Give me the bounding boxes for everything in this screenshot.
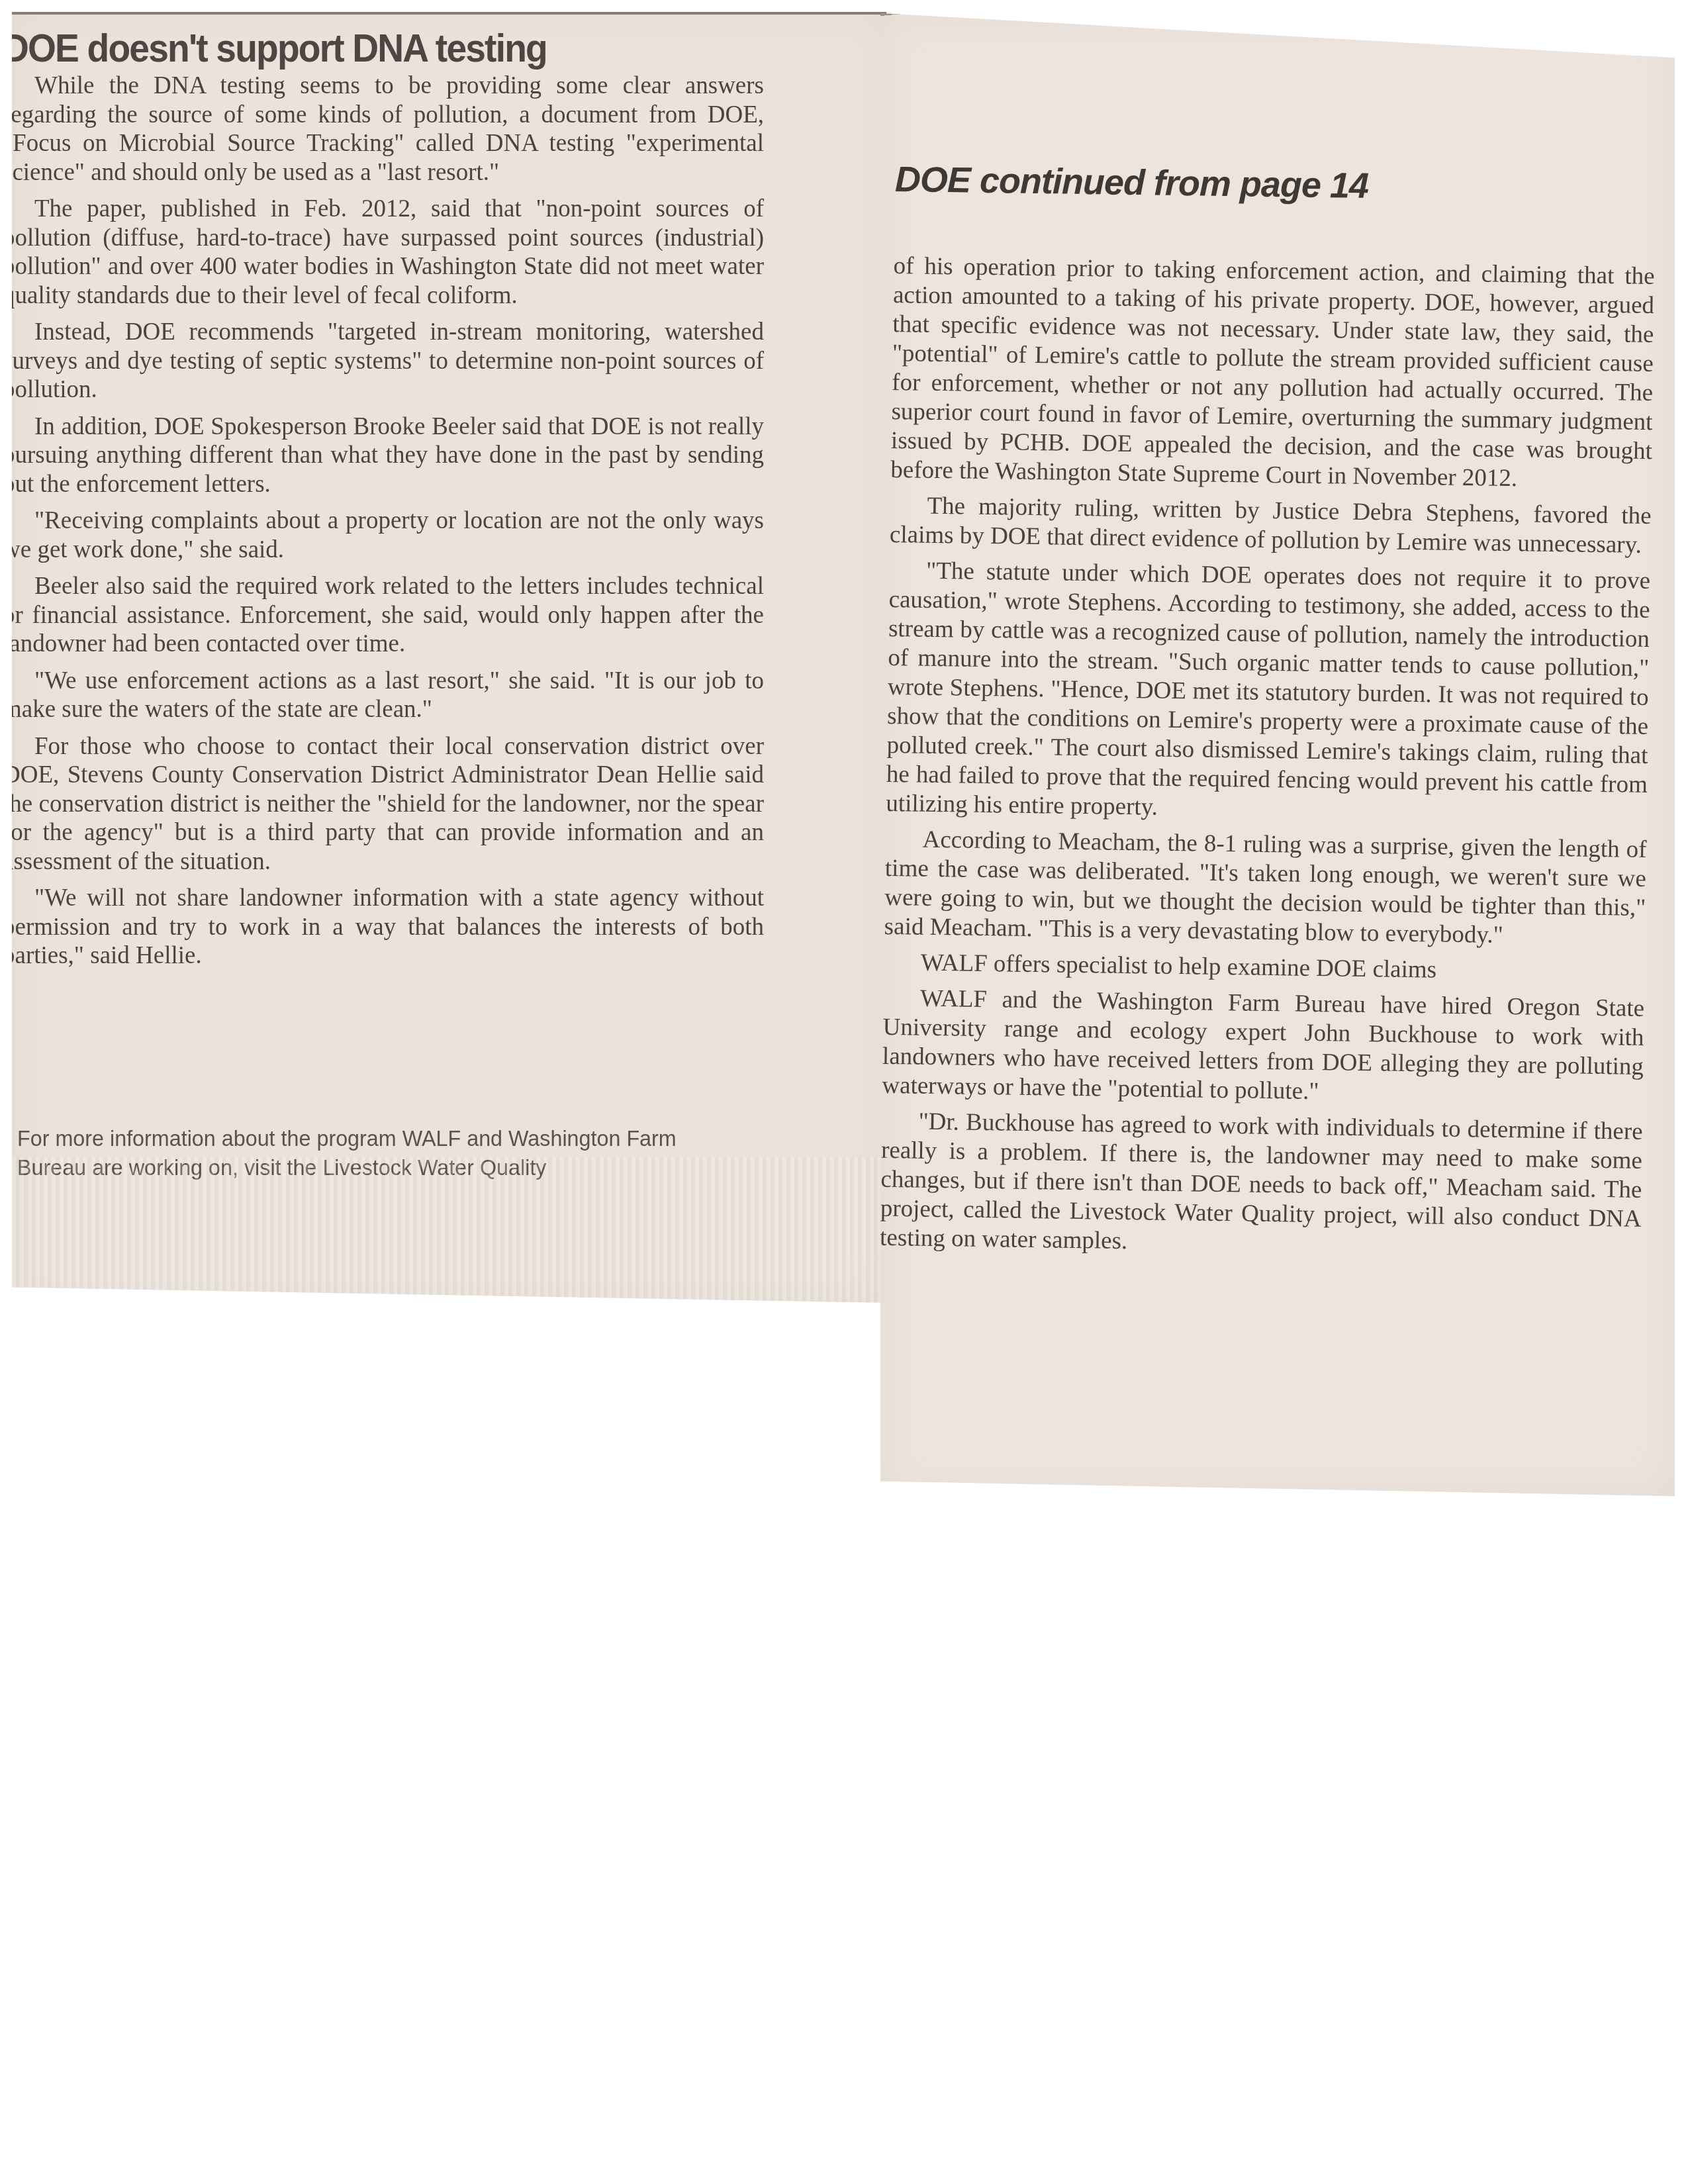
paragraph: WALF and the Washington Farm Bureau have… — [882, 984, 1644, 1111]
paragraph: For those who choose to contact their lo… — [3, 732, 764, 877]
paragraph: In addition, DOE Spokesperson Brooke Bee… — [3, 412, 764, 499]
left-headline: DOE doesn't support DNA testing — [3, 25, 547, 71]
paragraph: "We will not share landowner information… — [3, 884, 764, 971]
right-newspaper-clipping: DOE continued from page 14 of his operat… — [880, 13, 1675, 1496]
paragraph: "Receiving complaints about a property o… — [3, 506, 764, 564]
paragraph: While the DNA testing seems to be provid… — [3, 71, 764, 187]
right-headline: DOE continued from page 14 — [895, 159, 1369, 207]
paragraph: The paper, published in Feb. 2012, said … — [3, 195, 764, 310]
paragraph: Beeler also said the required work relat… — [3, 572, 764, 659]
paragraph: "We use enforcement actions as a last re… — [3, 667, 764, 724]
left-article-body: While the DNA testing seems to be provid… — [3, 71, 764, 978]
paper-texture — [12, 1157, 887, 1303]
paragraph: "The statute under which DOE operates do… — [886, 556, 1650, 829]
paragraph: "Dr. Buckhouse has agreed to work with i… — [880, 1107, 1643, 1263]
paragraph: of his operation prior to taking enforce… — [890, 252, 1655, 495]
subheading: WALF offers specialist to help examine D… — [884, 948, 1646, 988]
paragraph: According to Meacham, the 8-1 ruling was… — [884, 825, 1646, 952]
torn-top-edge — [880, 13, 1675, 40]
right-article-body: of his operation prior to taking enforce… — [880, 252, 1655, 1270]
paragraph: The majority ruling, written by Justice … — [890, 491, 1652, 560]
paragraph: Instead, DOE recommends "targeted in-str… — [3, 318, 764, 404]
left-newspaper-clipping: DOE doesn't support DNA testing While th… — [12, 12, 887, 1303]
clipping-top-rule — [12, 12, 887, 15]
